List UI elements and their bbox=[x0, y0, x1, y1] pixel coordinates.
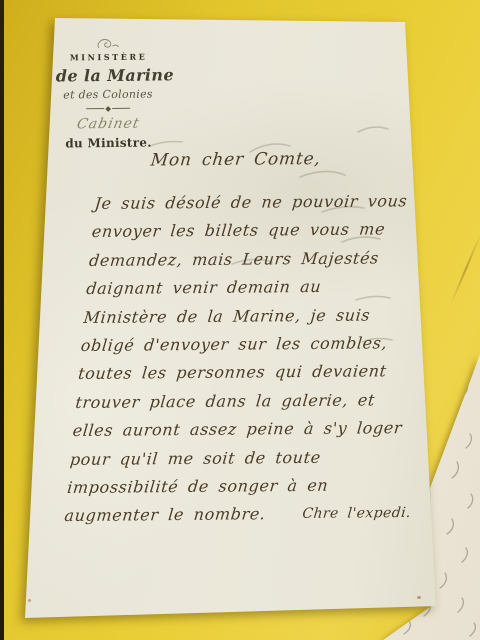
paper-stain bbox=[417, 596, 421, 599]
body-line: trouver place dans la galerie, et bbox=[74, 386, 425, 417]
letterhead-ministry: MINISTÈRE bbox=[58, 51, 160, 62]
paper-stain bbox=[28, 599, 31, 602]
salutation: Mon cher Comte, bbox=[150, 145, 449, 174]
body-last-row: augmenter le nombre. Chre l'expedi. bbox=[63, 499, 414, 530]
body-line: elles auront assez peine à s'y loger bbox=[71, 414, 422, 445]
body-line: augmenter le nombre. bbox=[63, 501, 267, 531]
body-line: toutes les personnes qui devaient bbox=[77, 357, 428, 388]
letter-sheet-wrapper: MINISTÈRE de la Marine et des Colonies C… bbox=[0, 0, 480, 640]
body-line: pour qu'il me soit de toute bbox=[69, 443, 420, 474]
letter-sheet: MINISTÈRE de la Marine et des Colonies C… bbox=[0, 0, 480, 640]
body-line: demandez, mais Leurs Majestés bbox=[88, 244, 439, 275]
letterhead-marine: de la Marine bbox=[56, 65, 160, 85]
letterhead: MINISTÈRE de la Marine et des Colonies C… bbox=[55, 35, 160, 150]
letterhead-cabinet: Cabinet bbox=[55, 115, 162, 132]
body-line: Ministère de la Marine, je suis bbox=[82, 301, 433, 332]
body-line: impossibilité de songer à en bbox=[66, 471, 417, 502]
letterhead-divider bbox=[86, 106, 130, 111]
letter-body: Mon cher Comte, Je suis désolé de ne pou… bbox=[63, 145, 448, 531]
letterhead-flourish-icon bbox=[55, 35, 159, 50]
photo: { "colors": { "background_yellow": "#e3c… bbox=[0, 0, 480, 640]
body-line: daignant venir demain au bbox=[85, 272, 436, 303]
body-line: obligé d'envoyer sur les combles, bbox=[80, 329, 431, 360]
body-line: Je suis désolé de ne pouvoir vous bbox=[93, 187, 444, 218]
letterhead-colonies: et des Colonies bbox=[56, 87, 160, 101]
closing-signature: Chre l'expedi. bbox=[301, 499, 414, 528]
body-line: envoyer les billets que vous me bbox=[90, 215, 441, 246]
